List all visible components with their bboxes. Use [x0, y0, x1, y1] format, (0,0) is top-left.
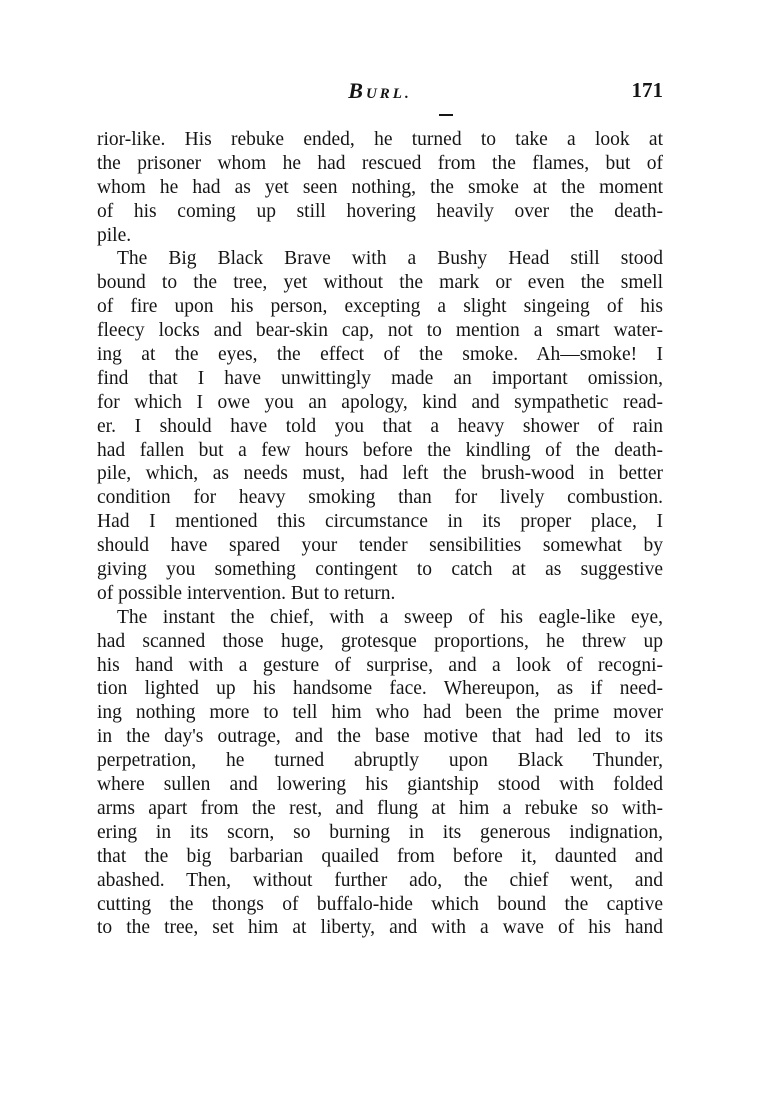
text-line: Had I mentioned this circumstance in its…: [97, 510, 663, 534]
text-line: The Big Black Brave with a Bushy Head st…: [97, 247, 663, 271]
running-head: BURL. 171: [97, 78, 663, 108]
running-title-initial: B: [348, 78, 366, 103]
text-line: perpetration, he turned abruptly upon Bl…: [97, 749, 663, 773]
text-line: for which I owe you an apology, kind and…: [97, 391, 663, 415]
paragraph: The Big Black Brave with a Bushy Head st…: [97, 247, 663, 605]
text-line: should have spared your tender sensibili…: [97, 534, 663, 558]
text-line: of possible intervention. But to return.: [97, 582, 663, 606]
text-line: his hand with a gesture of surprise, and…: [97, 654, 663, 678]
text-line: tion lighted up his handsome face. Where…: [97, 677, 663, 701]
title-rule: [439, 114, 453, 116]
running-title: BURL.: [97, 78, 663, 104]
text-line: fleecy locks and bear-skin cap, not to m…: [97, 319, 663, 343]
text-line: to the tree, set him at liberty, and wit…: [97, 916, 663, 940]
text-line: condition for heavy smoking than for liv…: [97, 486, 663, 510]
page-number: 171: [632, 78, 664, 103]
text-line: pile.: [97, 224, 663, 248]
text-line: rior-like. His rebuke ended, he turned t…: [97, 128, 663, 152]
text-line: ing nothing more to tell him who had bee…: [97, 701, 663, 725]
text-line: arms apart from the rest, and flung at h…: [97, 797, 663, 821]
text-line: the prisoner whom he had rescued from th…: [97, 152, 663, 176]
text-line: er. I should have told you that a heavy …: [97, 415, 663, 439]
text-line: abashed. Then, without further ado, the …: [97, 869, 663, 893]
paragraph-continued: rior-like. His rebuke ended, he turned t…: [97, 128, 663, 247]
text-line: giving you something contingent to catch…: [97, 558, 663, 582]
text-line: of his coming up still hovering heavily …: [97, 200, 663, 224]
text-line: find that I have unwittingly made an imp…: [97, 367, 663, 391]
text-line: ering in its scorn, so burning in its ge…: [97, 821, 663, 845]
text-line: where sullen and lowering his giantship …: [97, 773, 663, 797]
text-line: The instant the chief, with a sweep of h…: [97, 606, 663, 630]
text-line: bound to the tree, yet without the mark …: [97, 271, 663, 295]
running-title-rest: URL.: [366, 86, 412, 102]
text-line: in the day's outrage, and the base motiv…: [97, 725, 663, 749]
text-line: ing at the eyes, the effect of the smoke…: [97, 343, 663, 367]
text-line: had scanned those huge, grotesque propor…: [97, 630, 663, 654]
text-line: cutting the thongs of buffalo-hide which…: [97, 893, 663, 917]
paragraph: The instant the chief, with a sweep of h…: [97, 606, 663, 940]
text-line: whom he had as yet seen nothing, the smo…: [97, 176, 663, 200]
body-text: rior-like. His rebuke ended, he turned t…: [97, 128, 663, 940]
text-line: that the big barbarian quailed from befo…: [97, 845, 663, 869]
text-line: of fire upon his person, excepting a sli…: [97, 295, 663, 319]
text-line: had fallen but a few hours before the ki…: [97, 439, 663, 463]
text-line: pile, which, as needs must, had left the…: [97, 462, 663, 486]
book-page: BURL. 171 rior-like. His rebuke ended, h…: [0, 0, 760, 1100]
